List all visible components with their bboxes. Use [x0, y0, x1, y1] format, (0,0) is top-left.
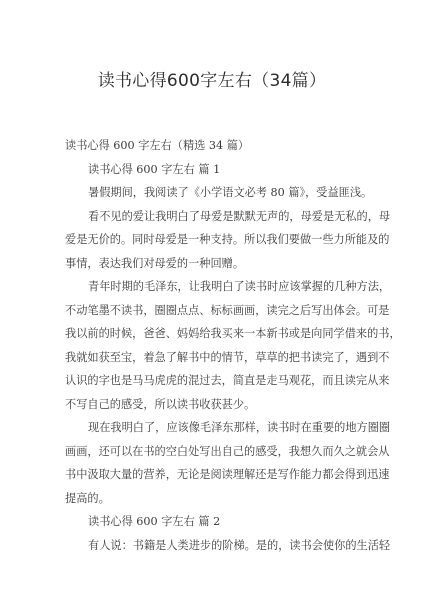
document-subtitle: 读书心得 600 字左右（精选 34 篇） — [65, 134, 365, 158]
paragraph-line: 我就如获至宝，着急了解书中的情节，草草的把书读完了，遇到不 — [65, 346, 365, 370]
paragraph-line: 暑假期间，我阅读了《小学语文必考 80 篇》，受益匪浅。 — [65, 181, 365, 205]
section-heading: 读书心得 600 字左右 篇 1 — [65, 158, 365, 182]
paragraph-line: 提高的。 — [65, 487, 365, 511]
paragraph-line: 不写自己的感受，所以读书收获甚少。 — [65, 393, 365, 417]
paragraph-line: 书中汲取大量的营养，无论是阅读理解还是写作能力都会得到迅速 — [65, 463, 365, 487]
document-body: 读书心得 600 字左右（精选 34 篇） 读书心得 600 字左右 篇 1 暑… — [65, 134, 365, 557]
paragraph-line: 有人说：书籍是人类进步的阶梯。是的，读书会使你的生活轻 — [65, 534, 365, 558]
section-heading: 读书心得 600 字左右 篇 2 — [65, 510, 365, 534]
paragraph-line: 我以前的时候，爸爸、妈妈给我买来一本新书或是向同学借来的书， — [65, 322, 365, 346]
paragraph-line: 画画，还可以在书的空白处写出自己的感受，我想久而久之就会从 — [65, 440, 365, 464]
paragraph-line: 认识的字也是马马虎虎的混过去，简直是走马观花，而且读完从来 — [65, 369, 365, 393]
paragraph-line: 爱是无价的。同时母爱是一种支持。所以我们要做一些力所能及的 — [65, 228, 365, 252]
paragraph-line: 不动笔墨不读书，圈圈点点、标标画画，读完之后写出体会。可是 — [65, 299, 365, 323]
paragraph-line: 青年时期的毛泽东，让我明白了读书时应该掌握的几种方法， — [65, 275, 365, 299]
paragraph-line: 事情，表达我们对母爱的一种回赠。 — [65, 252, 365, 276]
document-title: 读书心得600字左右（34篇） — [0, 66, 424, 91]
paragraph-line: 看不见的爱让我明白了母爱是默默无声的，母爱是无私的，母 — [65, 205, 365, 229]
paragraph-line: 现在我明白了，应该像毛泽东那样，读书时在重要的地方圈圈 — [65, 416, 365, 440]
